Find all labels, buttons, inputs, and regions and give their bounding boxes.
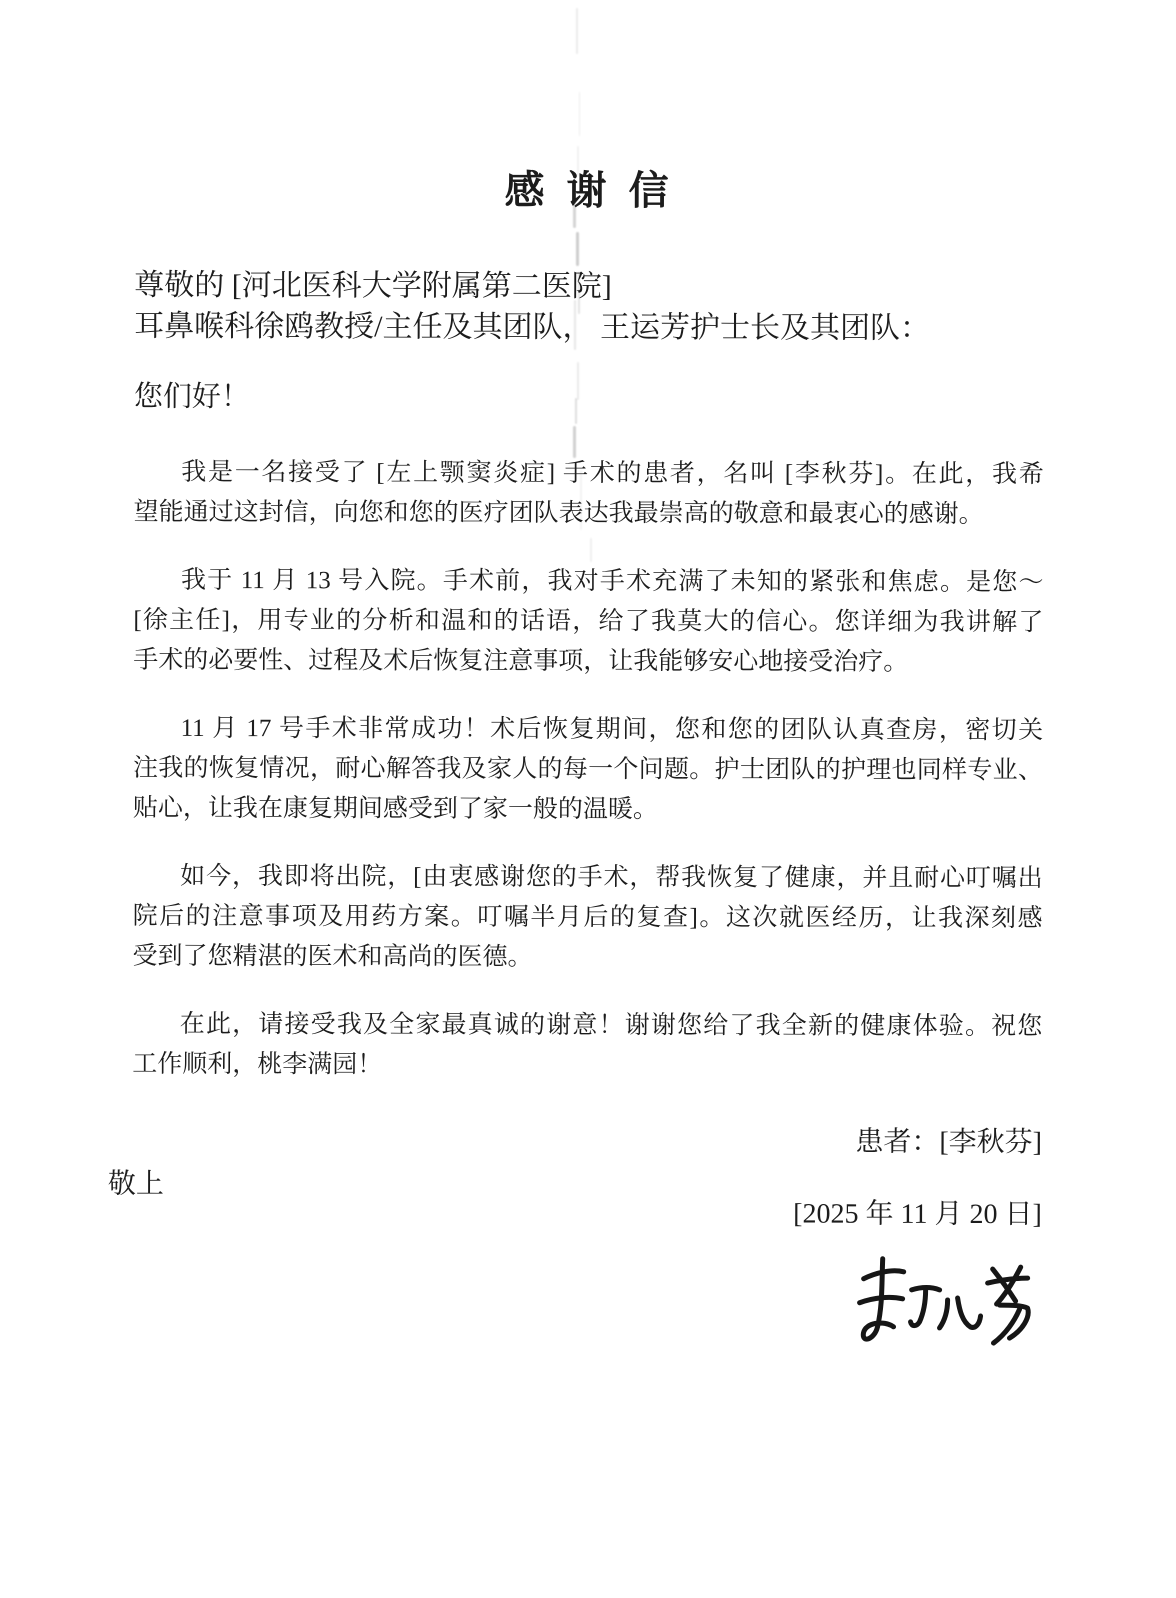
paragraph-line: 手术的必要性、过程及术后恢复注意事项，让我能够安心地接受治疗。 [133, 641, 1043, 683]
paragraph: 我于 11 月 13 号入院。手术前，我对手术充满了未知的紧张和焦虑。是您～[徐… [133, 561, 1043, 683]
paragraph-line: 受到了您精湛的医术和高尚的医德。 [132, 937, 1042, 979]
salutation-line-recipients: 耳鼻喉科徐鸥教授/主任及其团队， 王运芳护士长及其团队： [134, 306, 1044, 349]
paragraph: 我是一名接受了 [左上颚窦炎症] 手术的患者，名叫 [李秋芬]。在此，我希望能通… [134, 453, 1044, 535]
closing-block: 患者：[李秋芬] 敬上 [2025 年 11 月 20 日] [131, 1121, 1042, 1363]
letter-date: [2025 年 11 月 20 日] [132, 1193, 1042, 1235]
scanned-letter-page: 感 谢 信 尊敬的 [河北医科大学附属第二医院] 耳鼻喉科徐鸥教授/主任及其团队… [0, 0, 1176, 1598]
paragraph-line: 注我的恢复情况，耐心解答我及家人的每一个问题。护士团队的护理也同样专业、 [133, 749, 1043, 791]
patient-signoff: 患者：[李秋芬] [132, 1121, 1042, 1163]
paragraph: 在此，请接受我及全家最真诚的谢意！谢谢您给了我全新的健康体验。祝您工作顺利，桃李… [132, 1005, 1042, 1087]
paragraph-line: 我是一名接受了 [左上颚窦炎症] 手术的患者，名叫 [李秋芬]。在此，我希 [134, 453, 1044, 495]
paragraph-line: 我于 11 月 13 号入院。手术前，我对手术充满了未知的紧张和焦虑。是您～ [133, 561, 1043, 603]
letter-paragraphs: 我是一名接受了 [左上颚窦炎症] 手术的患者，名叫 [李秋芬]。在此，我希望能通… [132, 453, 1044, 1087]
paragraph-line: 工作顺利，桃李满园！ [132, 1045, 1042, 1087]
letter-title: 感 谢 信 [134, 167, 1044, 215]
letter-body: 感 谢 信 尊敬的 [河北医科大学附属第二医院] 耳鼻喉科徐鸥教授/主任及其团队… [131, 0, 1045, 1363]
paragraph-line: 在此，请接受我及全家最真诚的谢意！谢谢您给了我全新的健康体验。祝您 [132, 1005, 1042, 1047]
signature-ink-icon [849, 1243, 1039, 1351]
salutation-line-hospital: 尊敬的 [河北医科大学附属第二医院] [134, 265, 1044, 308]
salutation: 尊敬的 [河北医科大学附属第二医院] 耳鼻喉科徐鸥教授/主任及其团队， 王运芳护… [134, 265, 1044, 349]
paragraph-line: 如今，我即将出院，[由衷感谢您的手术，帮我恢复了健康，并且耐心叮嘱出 [133, 857, 1043, 899]
paragraph-line: 院后的注意事项及用药方案。叮嘱半月后的复查]。这次就医经历，让我深刻感 [133, 897, 1043, 939]
paragraph-line: [徐主任]，用专业的分析和温和的话语，给了我莫大的信心。您详细为我讲解了 [133, 601, 1043, 643]
paragraph-line: 贴心，让我在康复期间感受到了家一般的温暖。 [133, 789, 1043, 831]
paragraph: 如今，我即将出院，[由衷感谢您的手术，帮我恢复了健康，并且耐心叮嘱出院后的注意事… [132, 857, 1042, 979]
handwritten-signature [131, 1241, 1041, 1363]
paragraph: 11 月 17 号手术非常成功！术后恢复期间，您和您的团队认真查房，密切关注我的… [133, 709, 1043, 831]
paragraph-line: 望能通过这封信，向您和您的医疗团队表达我最崇高的敬意和最衷心的感谢。 [134, 493, 1044, 535]
paragraph-line: 11 月 17 号手术非常成功！术后恢复期间，您和您的团队认真查房，密切关 [133, 709, 1043, 751]
greeting: 您们好！ [134, 377, 1044, 419]
